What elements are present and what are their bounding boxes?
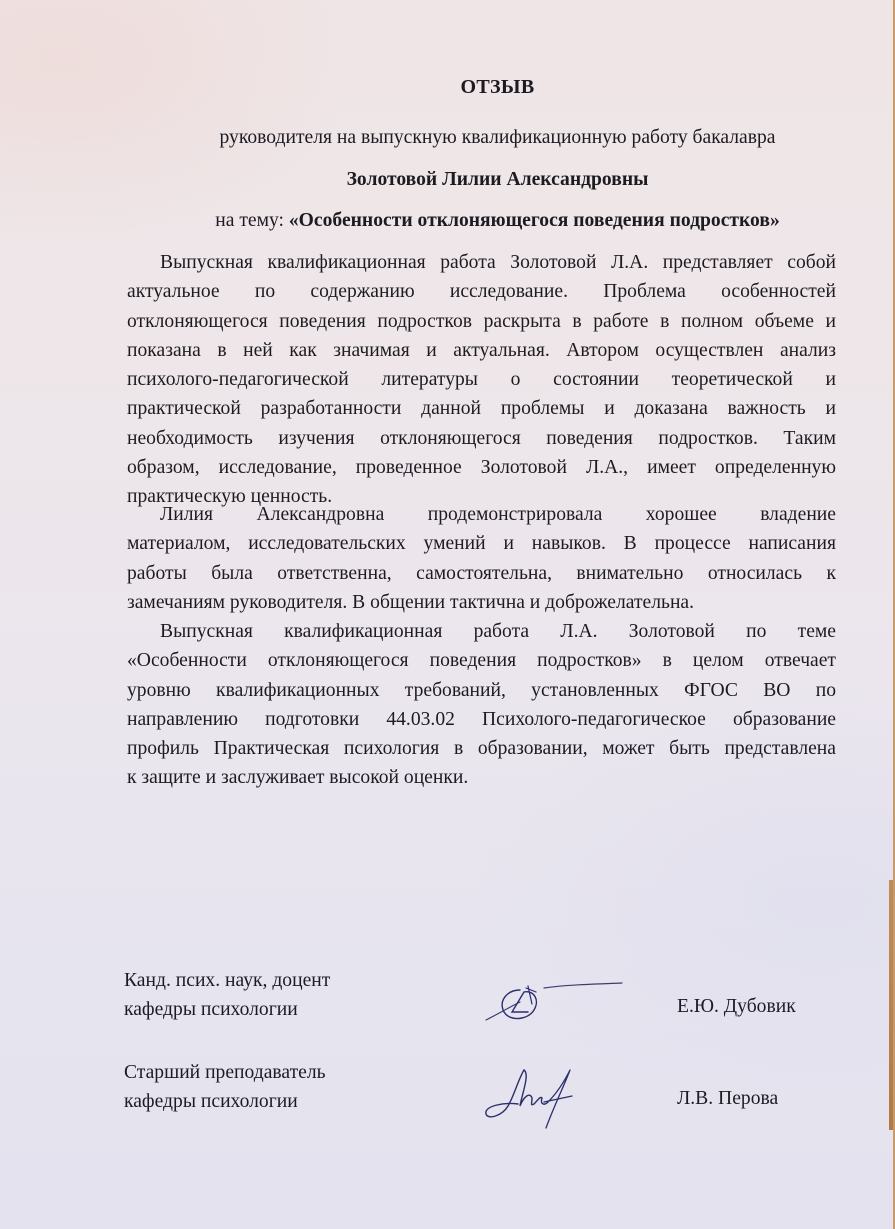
signature-1-icon [484,982,624,1026]
topic-prefix: на тему: [215,210,289,231]
paragraph-line: необходимость изучения отклоняющегося по… [127,424,836,453]
student-name: Золотовой Лилии Александровны [0,169,893,191]
topic-title: «Особенности отклоняющегося поведения по… [289,210,780,231]
paragraph-line: работы была ответственна, самостоятельна… [127,559,836,588]
paragraph-line: показана в ней как значимая и актуальная… [127,336,836,365]
signatory-1-position: Канд. псих. наук, доцент кафедры психоло… [124,966,330,1024]
paragraph-line: профиль Практическая психология в образо… [127,734,836,763]
thesis-topic: на тему: «Особенности отклоняющегося пов… [0,210,893,232]
document-subtitle: руководителя на выпускную квалификационн… [0,127,893,149]
paragraph-line: практической разработанности данной проб… [127,394,836,423]
paragraph-line: Выпускная квалификационная работа Л.А. З… [127,617,836,646]
paragraph-line: актуальное по содержанию исследование. П… [127,277,836,306]
document-page: ОТЗЫВ руководителя на выпускную квалифик… [0,0,893,1229]
signatory-1-name: Е.Ю. Дубовик [677,996,796,1018]
paragraph-line: Выпускная квалификационная работа Золото… [127,248,836,277]
paragraph-line: к защите и заслуживает высокой оценки. [127,763,836,792]
position-line: Старший преподаватель [124,1058,326,1087]
paragraph-line: отклоняющегося поведения подростков раск… [127,307,836,336]
paragraph-line: уровню квалификационных требований, уста… [127,676,836,705]
paragraph-3: Выпускная квалификационная работа Л.А. З… [127,617,836,793]
paragraph-1: Выпускная квалификационная работа Золото… [127,248,836,512]
signatory-2-name: Л.В. Перова [677,1088,778,1110]
position-line: кафедры психологии [124,1087,326,1116]
paragraph-line: психолого-педагогической литературы о со… [127,365,836,394]
paragraph-line: замечаниям руководителя. В общении такти… [127,588,836,617]
paragraph-line: «Особенности отклоняющегося поведения по… [127,646,836,675]
paragraph-2: Лилия Александровна продемонстрировала х… [127,500,836,617]
paragraph-line: материалом, исследовательских умений и н… [127,529,836,558]
document-title: ОТЗЫВ [0,76,893,99]
position-line: Канд. псих. наук, доцент [124,966,330,995]
table-edge [889,880,893,1130]
paragraph-line: образом, исследование, проведенное Золот… [127,453,836,482]
position-line: кафедры психологии [124,995,330,1024]
paragraph-line: Лилия Александровна продемонстрировала х… [127,500,836,529]
paragraph-line: направлению подготовки 44.03.02 Психолог… [127,705,836,734]
signature-2-icon [484,1066,594,1130]
signatory-2-position: Старший преподаватель кафедры психологии [124,1058,326,1116]
